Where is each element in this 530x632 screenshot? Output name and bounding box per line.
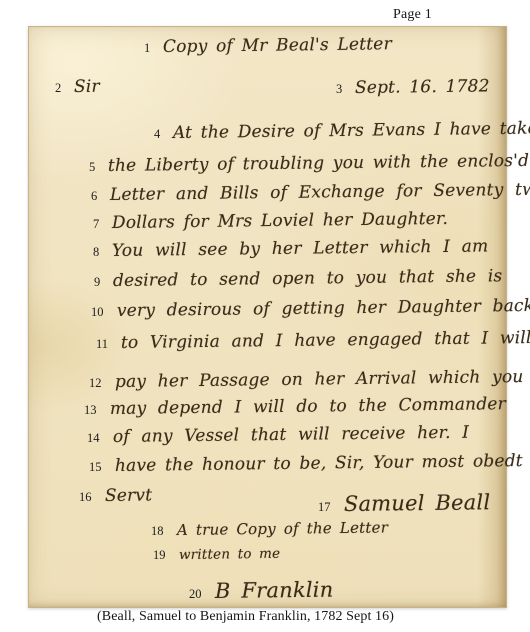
- line-number: 14: [87, 431, 100, 446]
- manuscript-line: 16 Servt: [79, 487, 152, 506]
- line-number: 1: [144, 41, 150, 56]
- line-number: 4: [154, 127, 160, 142]
- line-number: 7: [93, 217, 99, 232]
- citation-caption: (Beall, Samuel to Benjamin Franklin, 178…: [97, 609, 394, 625]
- manuscript-line: 10 very desirous of getting her Daughter…: [91, 302, 530, 321]
- handwritten-text: the Liberty of troubling you with the en…: [108, 152, 529, 176]
- handwritten-text: of any Vessel that will receive her. I: [112, 424, 468, 447]
- handwritten-text: Sept. 16. 1782: [355, 77, 490, 97]
- line-number: 20: [189, 587, 202, 602]
- handwritten-text: pay her Passage on her Arrival which you: [114, 368, 523, 392]
- line-number: 17: [318, 500, 331, 515]
- manuscript-line: 13 may depend I will do to the Commander: [84, 400, 506, 419]
- line-number: 11: [96, 337, 108, 352]
- manuscript-line: 2 Sir: [55, 78, 100, 97]
- handwritten-text: Sir: [74, 78, 100, 97]
- handwritten-text: very desirous of getting her Daughter ba…: [116, 297, 530, 321]
- manuscript-line: 9 desired to send open to you that she i…: [94, 272, 503, 291]
- manuscript-line: 8 You will see by her Letter which I am: [93, 242, 489, 261]
- handwritten-text: At the Desire of Mrs Evans I have taken: [173, 119, 530, 142]
- manuscript-line: 14 of any Vessel that will receive her. …: [87, 428, 469, 447]
- manuscript-line: 7 Dollars for Mrs Loviel her Daughter.: [93, 214, 448, 233]
- manuscript-line: 12 pay her Passage on her Arrival which …: [89, 373, 523, 392]
- manuscript-line: 1 Copy of Mr Beal's Letter: [144, 38, 392, 57]
- handwritten-text: may depend I will do to the Commander: [109, 395, 505, 419]
- signature-b-franklin: B Franklin: [214, 579, 333, 604]
- line-number: 6: [91, 189, 97, 204]
- handwritten-text: desired to send open to you that she is: [113, 267, 503, 290]
- line-number: 2: [55, 81, 61, 96]
- line-number: 18: [151, 524, 164, 539]
- manuscript-line: 11 to Virginia and I have engaged that I…: [96, 334, 530, 353]
- manuscript-scan: 1 Copy of Mr Beal's Letter 2 Sir 3 Sept.…: [28, 26, 507, 608]
- handwritten-text: Letter and Bills of Exchange for Seventy…: [110, 181, 530, 205]
- handwritten-text: Dollars for Mrs Loviel her Daughter.: [112, 210, 448, 233]
- manuscript-line: 3 Sept. 16. 1782: [336, 79, 490, 98]
- page-number-label: Page 1: [393, 7, 432, 23]
- handwritten-text: Copy of Mr Beal's Letter: [163, 35, 392, 56]
- handwritten-text: written to me: [178, 547, 280, 563]
- document-page: Page 1 1 Copy of Mr Beal's Letter 2 Sir …: [0, 0, 530, 632]
- manuscript-line-signature: 20 B Franklin: [189, 580, 333, 603]
- manuscript-line: 6 Letter and Bills of Exchange for Seven…: [91, 186, 530, 205]
- line-number: 19: [153, 548, 166, 563]
- line-number: 5: [89, 160, 95, 175]
- manuscript-line: 19 written to me: [153, 548, 280, 563]
- line-number: 8: [93, 245, 99, 260]
- line-number: 3: [336, 82, 342, 97]
- manuscript-line: 18 A true Copy of the Letter: [151, 522, 388, 539]
- line-number: 15: [89, 460, 102, 475]
- line-number: 13: [84, 403, 97, 418]
- line-number: 9: [94, 275, 100, 290]
- line-number: 12: [89, 376, 102, 391]
- handwritten-text: to Virginia and I have engaged that I wi…: [121, 329, 530, 353]
- signature-samuel-beall: Samuel Beall: [343, 491, 490, 516]
- handwritten-text: have the honour to be, Sir, Your most ob…: [114, 452, 522, 476]
- manuscript-line: 4 At the Desire of Mrs Evans I have take…: [154, 124, 530, 143]
- line-number: 10: [91, 305, 104, 320]
- manuscript-line: 5 the Liberty of troubling you with the …: [89, 157, 529, 176]
- manuscript-line-signature: 17 Samuel Beall: [318, 493, 490, 516]
- line-number: 16: [79, 490, 92, 505]
- handwritten-text: A true Copy of the Letter: [176, 519, 387, 538]
- handwritten-text: Servt: [104, 486, 152, 505]
- manuscript-line: 15 have the honour to be, Sir, Your most…: [89, 457, 522, 476]
- handwritten-text: You will see by her Letter which I am: [112, 237, 489, 260]
